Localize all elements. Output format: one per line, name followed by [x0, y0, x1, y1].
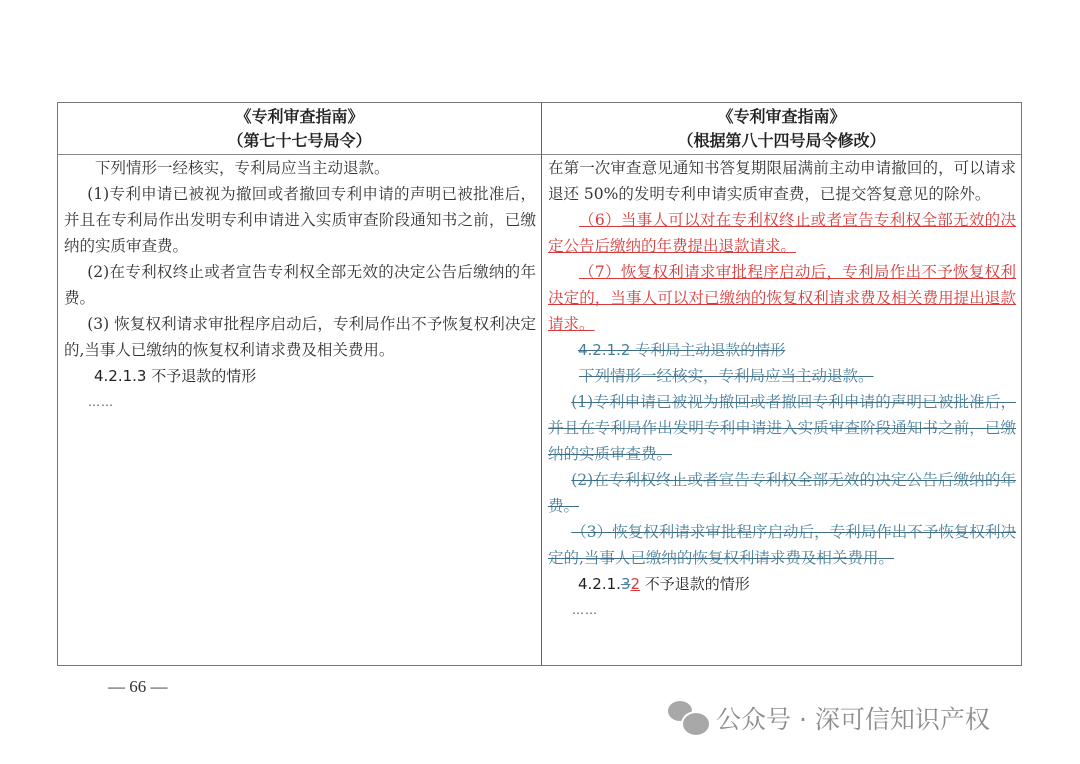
- column-divider: [541, 103, 542, 665]
- right-paragraph-1: 在第一次审查意见通知书答复期限届满前主动申请撤回的，可以请求退还 50%的发明专…: [548, 155, 1016, 207]
- wechat-icon: [668, 701, 708, 735]
- right-header-subtitle: （根据第八十四号局令修改）: [542, 129, 1021, 153]
- watermark-text: 公众号 · 深可信知识产权: [716, 700, 990, 736]
- inserted-text: （7）恢复权利请求审批程序启动后，专利局作出不予恢复权利决定的，当事人可以对已缴…: [548, 263, 1016, 333]
- deleted-paragraph-4: （3）恢复权利请求审批程序启动后，专利局作出不予恢复权利决定的,当事人已缴纳的恢…: [548, 519, 1016, 571]
- deleted-paragraph-1: 下列情形一经核实，专利局应当主动退款。: [548, 363, 1016, 389]
- left-paragraph-4: (3) 恢复权利请求审批程序启动后，专利局作出不予恢复权利决定的,当事人已缴纳的…: [64, 311, 536, 363]
- right-section-heading: 4.2.1.32 不予退款的情形: [548, 571, 1016, 597]
- heading-inserted-number: 2: [630, 575, 640, 593]
- left-ellipsis: ……: [64, 389, 536, 415]
- deleted-text: (1)专利申请已被视为撤回或者撤回专利申请的声明已被批准后，并且在专利局作出发明…: [548, 393, 1016, 463]
- right-column-body: 在第一次审查意见通知书答复期限届满前主动申请撤回的，可以请求退还 50%的发明专…: [548, 155, 1016, 623]
- left-column-body: 下列情形一经核实，专利局应当主动退款。 (1)专利申请已被视为撤回或者撤回专利申…: [64, 155, 536, 415]
- deleted-paragraph-3: (2)在专利权终止或者宣告专利权全部无效的决定公告后缴纳的年费。: [548, 467, 1016, 519]
- left-header-title: 《专利审查指南》: [58, 105, 541, 129]
- deleted-text: (2)在专利权终止或者宣告专利权全部无效的决定公告后缴纳的年费。: [548, 471, 1016, 515]
- deleted-text: （3）恢复权利请求审批程序启动后，专利局作出不予恢复权利决定的,当事人已缴纳的恢…: [548, 523, 1016, 567]
- deleted-text: 下列情形一经核实，专利局应当主动退款。: [579, 367, 874, 385]
- left-paragraph-2: (1)专利申请已被视为撤回或者撤回专利申请的声明已被批准后，并且在专利局作出发明…: [64, 181, 536, 259]
- deleted-heading: 4.2.1.2 专利局主动退款的情形: [548, 337, 1016, 363]
- inserted-paragraph-7: （7）恢复权利请求审批程序启动后，专利局作出不予恢复权利决定的，当事人可以对已缴…: [548, 259, 1016, 337]
- heading-text: 不予退款的情形: [640, 575, 750, 593]
- comparison-table: 《专利审查指南》 （第七十七号局令） 《专利审查指南》 （根据第八十四号局令修改…: [57, 102, 1022, 666]
- right-column-header: 《专利审查指南》 （根据第八十四号局令修改）: [542, 103, 1021, 154]
- watermark: 公众号 · 深可信知识产权: [668, 700, 990, 736]
- left-column-header: 《专利审查指南》 （第七十七号局令）: [58, 103, 541, 154]
- deleted-paragraph-2: (1)专利申请已被视为撤回或者撤回专利申请的声明已被批准后，并且在专利局作出发明…: [548, 389, 1016, 467]
- deleted-text: 4.2.1.2 专利局主动退款的情形: [578, 341, 785, 359]
- right-header-title: 《专利审查指南》: [542, 105, 1021, 129]
- inserted-text: （6）当事人可以对在专利权终止或者宣告专利权全部无效的决定公告后缴纳的年费提出退…: [548, 211, 1016, 255]
- left-paragraph-1: 下列情形一经核实，专利局应当主动退款。: [64, 155, 536, 181]
- left-paragraph-3: (2)在专利权终止或者宣告专利权全部无效的决定公告后缴纳的年费。: [64, 259, 536, 311]
- inserted-paragraph-6: （6）当事人可以对在专利权终止或者宣告专利权全部无效的决定公告后缴纳的年费提出退…: [548, 207, 1016, 259]
- left-section-heading: 4.2.1.3 不予退款的情形: [64, 363, 536, 389]
- left-header-subtitle: （第七十七号局令）: [58, 129, 541, 153]
- heading-prefix: 4.2.1.: [578, 575, 621, 593]
- right-ellipsis: ……: [548, 597, 1016, 623]
- page-number: — 66 —: [108, 677, 168, 697]
